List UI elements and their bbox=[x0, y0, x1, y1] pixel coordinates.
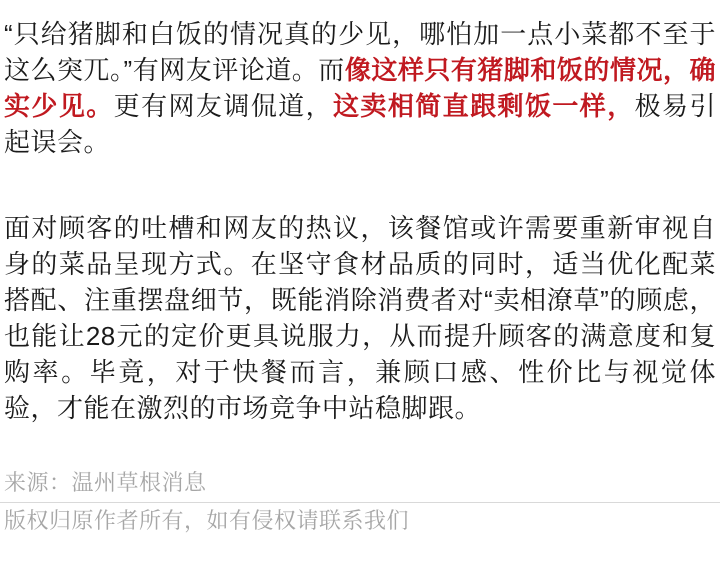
article-body: “只给猪脚和白饭的情况真的少见，哪怕加一点小菜都不至于这么突兀。”有网友评论道。… bbox=[0, 0, 720, 536]
paragraph-netizen-comments: “只给猪脚和白饭的情况真的少见，哪怕加一点小菜都不至于这么突兀。”有网友评论道。… bbox=[4, 16, 716, 160]
footer-divider bbox=[0, 502, 720, 503]
source-line: 来源：温州草根消息 bbox=[4, 468, 716, 498]
plain-text-2: 更有网友调侃道， bbox=[114, 91, 333, 121]
article-footer: 来源：温州草根消息 版权归原作者所有，如有侵权请联系我们 bbox=[4, 468, 716, 536]
copyright-line: 版权归原作者所有，如有侵权请联系我们 bbox=[4, 506, 716, 536]
paragraph-commentary: 面对顾客的吐槽和网友的热议，该餐馆或许需要重新审视自身的菜品呈现方式。在坚守食材… bbox=[4, 210, 716, 426]
emphasis-text-2: 这卖相简直跟剩饭一样， bbox=[333, 91, 635, 121]
